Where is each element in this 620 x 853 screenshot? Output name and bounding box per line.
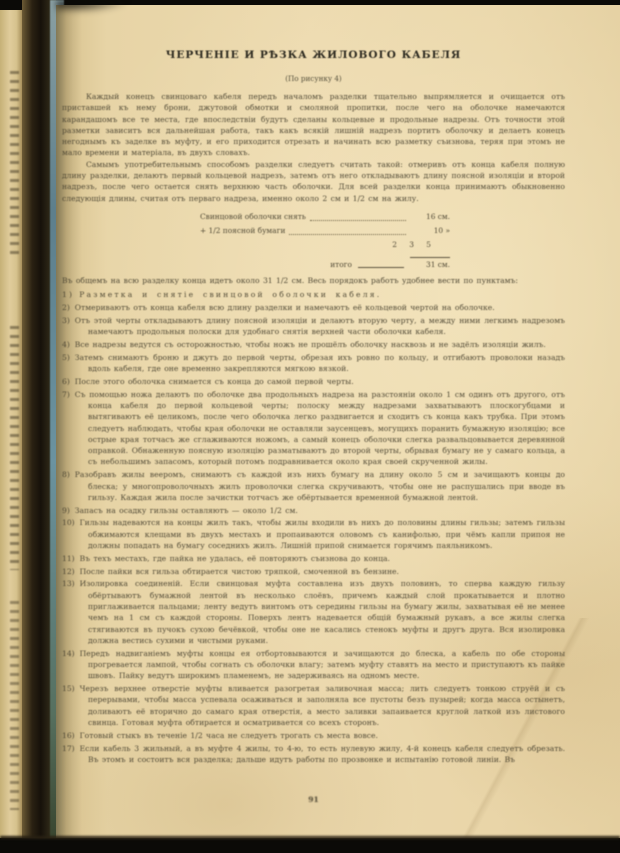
measurement-value: 16 см.: [410, 210, 450, 224]
page-number: 91: [62, 795, 565, 804]
instruction-item: 10)Гильзы надеваются на концы жилъ такъ,…: [62, 517, 565, 551]
item-text: Съ помощью ножа делаютъ по оболочке два …: [75, 390, 565, 467]
item-marker: 9): [62, 506, 75, 515]
measurement-row: Свинцовой оболочки снять16 см.: [200, 210, 450, 224]
instruction-item: 12)После пайки вся гильза обтирается чис…: [62, 566, 565, 577]
instruction-item: 17)Если кабель 3 жильный, а въ муфте 4 ж…: [62, 743, 565, 766]
item-text: Запасъ на осадку гильзы оставляютъ — око…: [75, 506, 298, 515]
item-text: Изолировка соединеній. Если свинцовая му…: [80, 579, 565, 644]
facing-page-edge: [0, 10, 22, 839]
instruction-item: 13)Изолировка соединеній. Если свинцовая…: [62, 578, 565, 646]
instruction-item: 14)Передъ надвиганіемъ муфты концы ея от…: [62, 648, 565, 682]
instruction-item: 3)Отъ этой черты откладываютъ длину пояс…: [62, 315, 565, 338]
item-marker: 5): [62, 353, 75, 362]
intro-paragraph: Самымъ употребительнымъ способомъ раздел…: [62, 159, 565, 204]
item-text: Отмериваютъ отъ конца кабеля всю длину р…: [75, 303, 495, 312]
item-text: Затемъ снимаютъ броню и джутъ до первой …: [75, 353, 565, 373]
measurement-value: 10 »: [410, 224, 450, 238]
item-text: Все надрезы ведутся съ осторожностью, чт…: [75, 340, 546, 349]
instruction-item: 11)Въ техъ местахъ, где пайка не удалась…: [62, 553, 565, 564]
item-marker: 14): [62, 649, 80, 658]
instruction-item: 6)После этого оболочка снимается съ конц…: [62, 376, 565, 387]
item-marker: 15): [62, 684, 80, 693]
instruction-item: 1)Разметка и снятіе свинцовой оболочки к…: [62, 289, 565, 300]
instruction-item: 4)Все надрезы ведутся съ осторожностью, …: [62, 339, 565, 350]
instruction-item: 2)Отмериваютъ отъ конца кабеля всю длину…: [62, 302, 565, 313]
facing-page-text-fragments: [10, 320, 19, 570]
page-subtitle: (По рисунку 4): [62, 74, 565, 83]
facing-page-text-fragments: [10, 595, 19, 810]
item-marker: 3): [62, 316, 75, 325]
item-text: После пайки вся гильза обтирается чистою…: [80, 567, 399, 576]
after-table-line: Въ общемъ на всю разделку конца идетъ ок…: [62, 275, 565, 286]
instruction-item: 5)Затемъ снимаютъ броню и джутъ до перво…: [62, 352, 565, 375]
item-marker: 8): [62, 470, 75, 479]
intro-paragraph: Каждый конецъ свинцоваго кабеля передъ н…: [62, 91, 565, 159]
table-total-value: 31 см.: [410, 257, 450, 271]
item-text: Гильзы надеваются на концы жилъ такъ, чт…: [80, 518, 565, 550]
table-total-label: итого: [330, 258, 352, 271]
book-page: ЧЕРЧЕНІЕ И РѢЗКА ЖИЛОВОГО КАБЕЛЯ (По рис…: [56, 5, 620, 838]
page-title: ЧЕРЧЕНІЕ И РѢЗКА ЖИЛОВОГО КАБЕЛЯ: [62, 49, 565, 61]
instruction-item: 16)Готовый стыкъ въ теченіе 1/2 часа не …: [62, 730, 565, 741]
instruction-item: 9)Запасъ на осадку гильзы оставляютъ — о…: [62, 505, 565, 516]
intro-paragraphs: Каждый конецъ свинцоваго кабеля передъ н…: [62, 91, 565, 204]
item-marker: 13): [62, 579, 80, 588]
item-marker: 7): [62, 390, 75, 399]
measurement-label: Свинцовой оболочки снять: [200, 210, 306, 224]
table-total-row: итого 31 см.: [200, 257, 450, 271]
item-marker: 12): [62, 567, 80, 576]
item-text: Передъ надвиганіемъ муфты концы ея отбор…: [80, 649, 565, 681]
book-bottom-edge: [0, 838, 620, 853]
item-text: Готовый стыкъ въ теченіе 1/2 часа не сле…: [80, 731, 378, 740]
dot-leader: [289, 226, 406, 235]
item-marker: 10): [62, 518, 80, 527]
item-text: Черезъ верхнее отверстіе муфты вливается…: [80, 684, 565, 727]
instruction-item: 7)Съ помощью ножа делаютъ по оболочке дв…: [62, 389, 565, 468]
item-marker: 1): [62, 290, 79, 299]
item-marker: 16): [62, 731, 80, 740]
item-marker: 11): [62, 554, 80, 563]
item-text: Въ техъ местахъ, где пайка не удалась, е…: [80, 554, 390, 563]
table-sub-digits: 2 3 5: [200, 238, 450, 251]
item-marker: 6): [62, 377, 75, 386]
measurement-label: + 1/2 поясной бумаги: [200, 224, 285, 238]
dot-leader: [310, 212, 406, 221]
instruction-item: 8)Разобравъ жилы веeромъ, снимаютъ съ ка…: [62, 469, 565, 503]
item-text: Отъ этой черты откладываютъ длину поясно…: [75, 316, 565, 336]
item-text: После этого оболочка снимается съ конца …: [75, 377, 354, 386]
measurement-table-rows: Свинцовой оболочки снять16 см.+ 1/2 пояс…: [200, 210, 450, 238]
page-content: ЧЕРЧЕНІЕ И РѢЗКА ЖИЛОВОГО КАБЕЛЯ (По рис…: [62, 5, 565, 838]
item-marker: 2): [62, 303, 75, 312]
item-text: Если кабель 3 жильный, а въ муфте 4 жилы…: [80, 744, 565, 764]
measurement-row: + 1/2 поясной бумаги10 »: [200, 224, 450, 238]
item-marker: 17): [62, 744, 80, 753]
table-total-rule: [358, 267, 404, 268]
item-marker: 4): [62, 340, 75, 349]
book-photo: ЧЕРЧЕНІЕ И РѢЗКА ЖИЛОВОГО КАБЕЛЯ (По рис…: [0, 0, 620, 853]
measurement-table: Свинцовой оболочки снять16 см.+ 1/2 пояс…: [200, 210, 450, 271]
instruction-item: 15)Черезъ верхнее отверстіе муфты вливае…: [62, 683, 565, 728]
item-text: Разобравъ жилы веeромъ, снимаютъ съ кажд…: [75, 470, 565, 502]
facing-page-text-fragments: [10, 65, 19, 255]
item-text: Разметка и снятіе свинцовой оболочки каб…: [79, 290, 381, 299]
instruction-list: 1)Разметка и снятіе свинцовой оболочки к…: [62, 289, 565, 765]
